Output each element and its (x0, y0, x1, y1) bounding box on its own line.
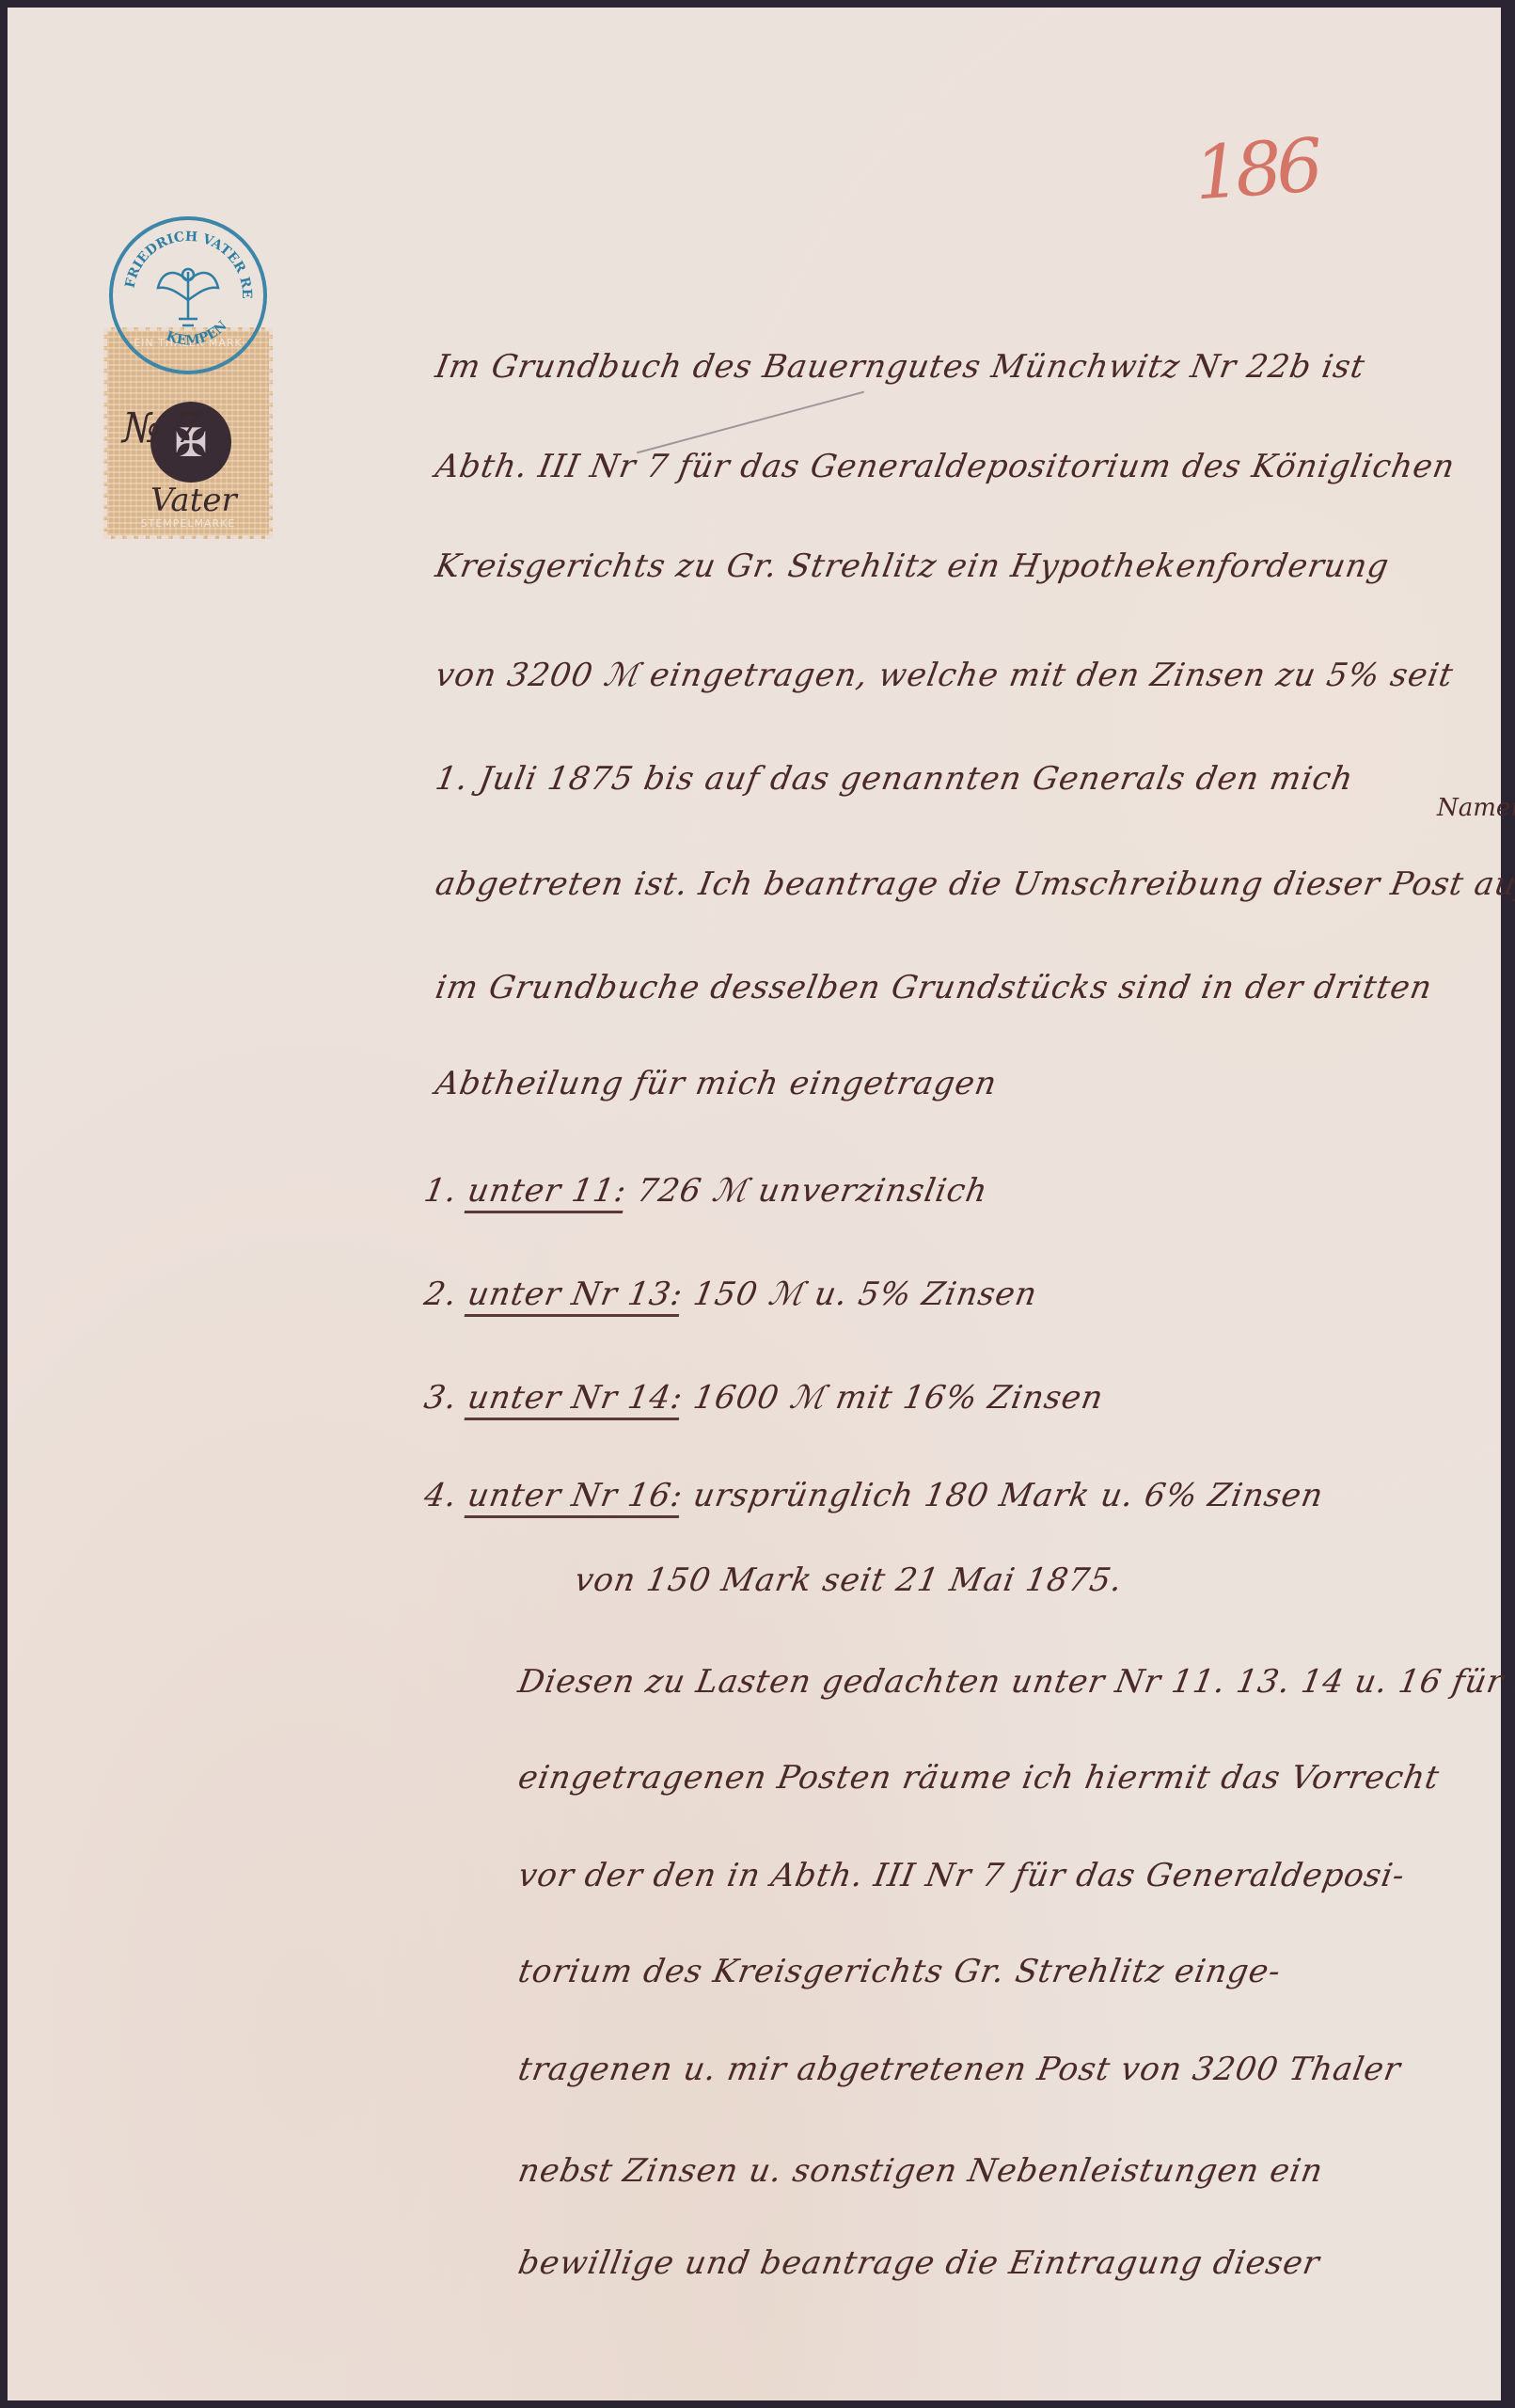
closing-line-3: vor der den in Abth. III Nr 7 für das Ge… (515, 1857, 1408, 1894)
eagle-seal-icon: FRIEDRICH VATER RECHTSANWALT NOTAR KEMPE… (113, 220, 263, 371)
list-item-reference: unter Nr 16: (465, 1477, 686, 1514)
list-item-number: 3. (421, 1379, 461, 1417)
closing-line-1: Diesen zu Lasten gedachten unter Nr 11. … (515, 1663, 1515, 1701)
list-item-number: 4. (421, 1477, 461, 1514)
seal-inscription: FRIEDRICH VATER RECHTSANWALT NOTAR (113, 220, 254, 299)
list-item-text: 150 ℳ u. 5% Zinsen (690, 1275, 1040, 1313)
list-item-text: ursprünglich 180 Mark u. 6% Zinsen (690, 1477, 1326, 1514)
stamp-cancellation-mark: № 7 (122, 404, 201, 452)
list-item-reference: unter Nr 14: (465, 1379, 686, 1417)
list-item-number: 2. (421, 1275, 461, 1313)
stamp-bottom-text: STEMPELMARKE (113, 517, 263, 530)
folio-number: 186 (1191, 124, 1320, 217)
margin-insertion: Namen (1437, 794, 1515, 822)
list-item: 3. unter Nr 14: 1600 ℳ mit 16% Zinsen (421, 1379, 1107, 1417)
list-item-text: 726 ℳ unverzinslich (634, 1172, 990, 1210)
text-line-6: abgetreten ist. Ich beantrage die Umschr… (433, 865, 1515, 903)
closing-line-5: tragenen u. mir abgetretenen Post von 32… (515, 2051, 1404, 2088)
text-line-7: im Grundbuche desselben Grundstücks sind… (433, 969, 1435, 1006)
text-line-8: Abtheilung für mich eingetragen (433, 1065, 1000, 1102)
text-line-1: Im Grundbuch des Bauerngutes Münchwitz N… (433, 348, 1368, 386)
list-item-reference: unter 11: (465, 1172, 629, 1210)
list-item-reference: unter Nr 13: (465, 1275, 686, 1313)
list-item-number: 1. (421, 1172, 461, 1210)
text-line-5: 1. Juli 1875 bis auf das genannten Gener… (433, 760, 1356, 798)
list-item: 2. unter Nr 13: 150 ℳ u. 5% Zinsen (421, 1275, 1040, 1313)
closing-line-6: nebst Zinsen u. sonstigen Nebenleistunge… (515, 2152, 1326, 2190)
text-line-2: Abth. III Nr 7 für das Generaldepositori… (433, 448, 1458, 485)
closing-line-2: eingetragenen Posten räume ich hiermit d… (515, 1759, 1443, 1797)
list-continuation: von 150 Mark seit 21 Mai 1875. (572, 1561, 1126, 1599)
stamp-cancellation-signature: Vater (150, 482, 237, 519)
notary-seal: FRIEDRICH VATER RECHTSANWALT NOTAR KEMPE… (109, 216, 267, 374)
text-line-4: von 3200 ℳ eingetragen, welche mit den Z… (433, 657, 1457, 694)
text-line-3: Kreisgerichts zu Gr. Strehlitz ein Hypot… (433, 547, 1392, 585)
pencil-mark (637, 391, 864, 454)
seal-place: KEMPEN (164, 318, 230, 348)
list-item: 1. unter 11: 726 ℳ unverzinslich (421, 1172, 991, 1210)
list-item: 4. unter Nr 16: ursprünglich 180 Mark u.… (421, 1477, 1327, 1514)
closing-line-7: bewillige und beantrage die Eintragung d… (515, 2244, 1323, 2282)
list-item-text: 1600 ℳ mit 16% Zinsen (690, 1379, 1106, 1417)
document-page: 186 FRIEDRICH VATER RECHTSANWALT NOTAR K… (8, 8, 1501, 2400)
closing-line-4: torium des Kreisgerichts Gr. Strehlitz e… (515, 1953, 1284, 1990)
